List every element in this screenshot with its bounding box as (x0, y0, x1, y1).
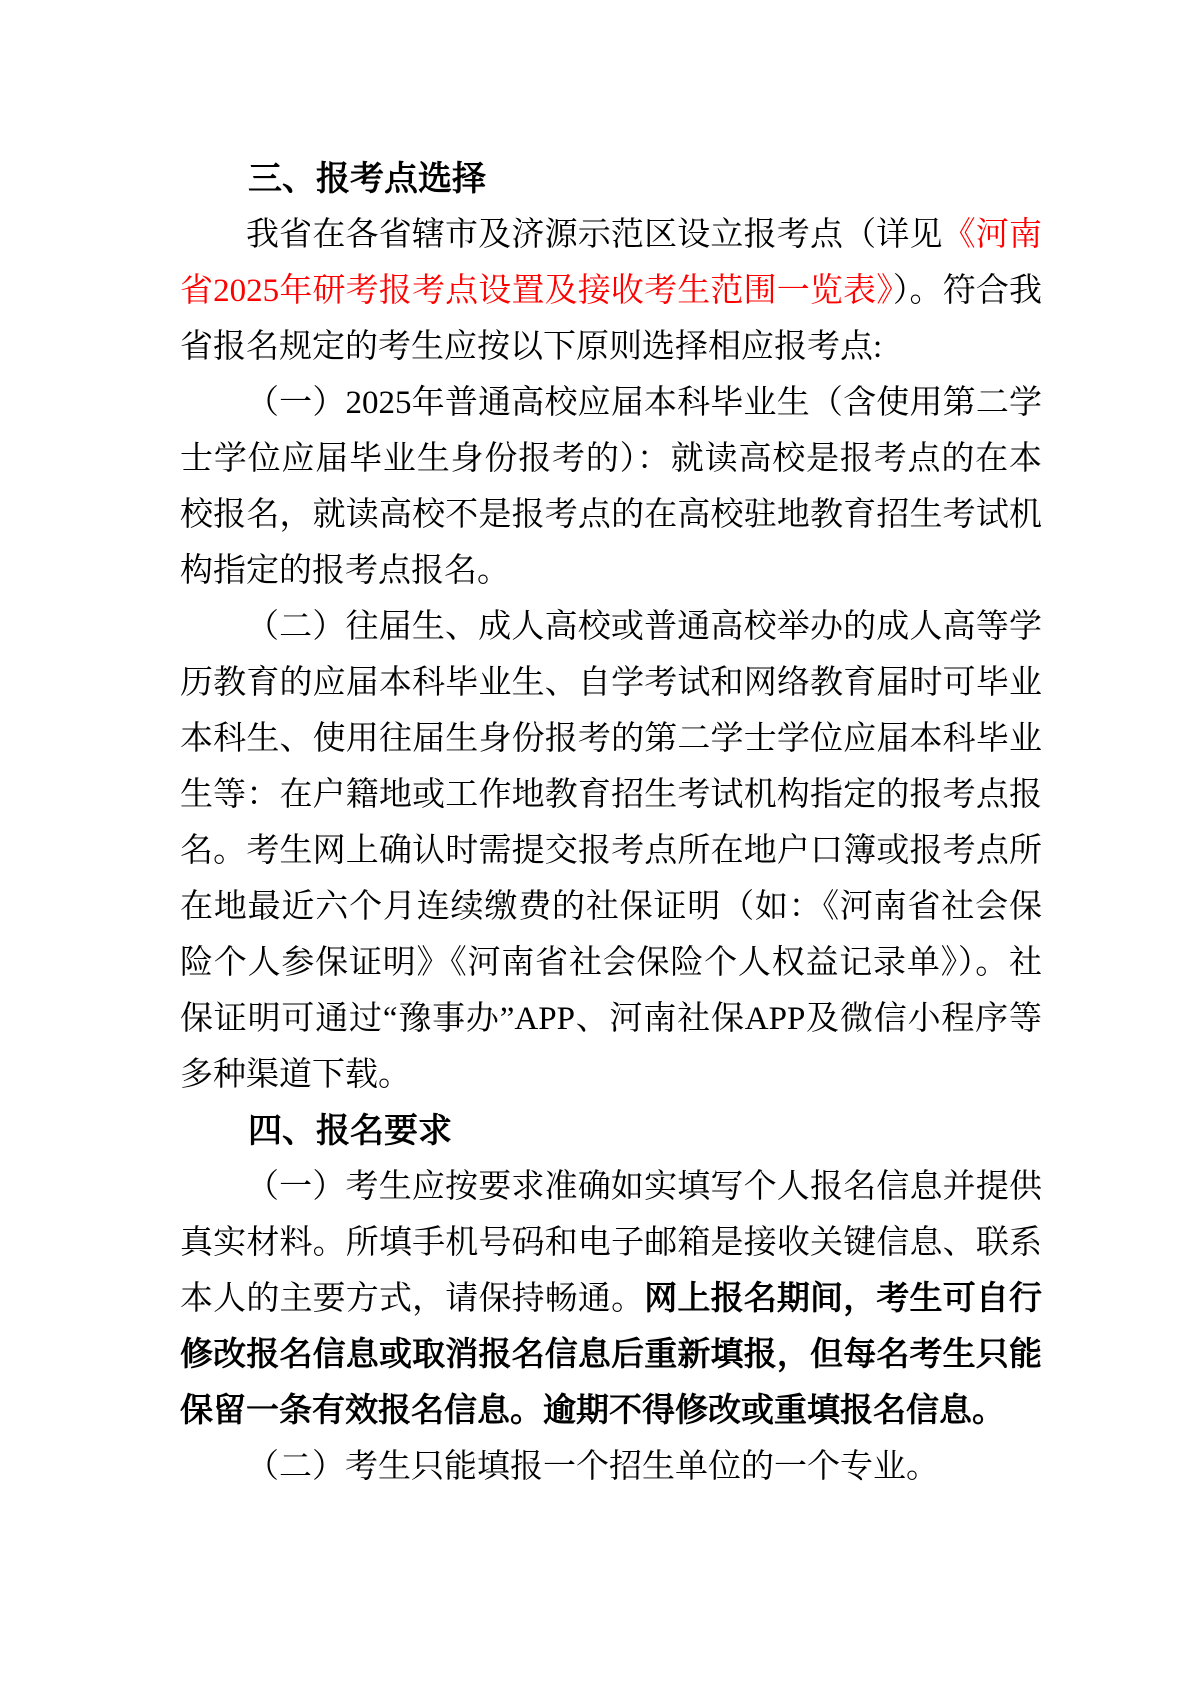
text-segment: （二）往届生、成人高校或普通高校举办的成人高等学历教育的应届本科毕业生、自学考试… (180, 609, 1042, 1093)
document-page: 三、报考点选择我省在各省辖市及济源示范区设立报考点（详见《河南省2025年研考报… (0, 0, 1191, 1684)
text-segment: （一）2025年普通高校应届本科毕业生（含使用第二学士学位应届毕业生身份报考的）… (180, 385, 1042, 589)
text-segment: （二）考生只能填报一个招生单位的一个专业。 (246, 1449, 939, 1485)
paragraph: （一）考生应按要求准确如实填写个人报名信息并提供真实材料。所填手机号码和电子邮箱… (180, 1159, 1042, 1439)
text-segment: 我省在各省辖市及济源示范区设立报考点（详见 (246, 217, 943, 253)
section-heading-3: 三、报考点选择 (180, 151, 1042, 207)
paragraph: （二）往届生、成人高校或普通高校举办的成人高等学历教育的应届本科毕业生、自学考试… (180, 599, 1042, 1103)
paragraph: （一）2025年普通高校应届本科毕业生（含使用第二学士学位应届毕业生身份报考的）… (180, 375, 1042, 599)
paragraph: 我省在各省辖市及济源示范区设立报考点（详见《河南省2025年研考报考点设置及接收… (180, 207, 1042, 375)
section-heading-4: 四、报名要求 (180, 1103, 1042, 1159)
document-content: 三、报考点选择我省在各省辖市及济源示范区设立报考点（详见《河南省2025年研考报… (180, 151, 1042, 1495)
paragraph: （二）考生只能填报一个招生单位的一个专业。 (180, 1439, 1042, 1495)
